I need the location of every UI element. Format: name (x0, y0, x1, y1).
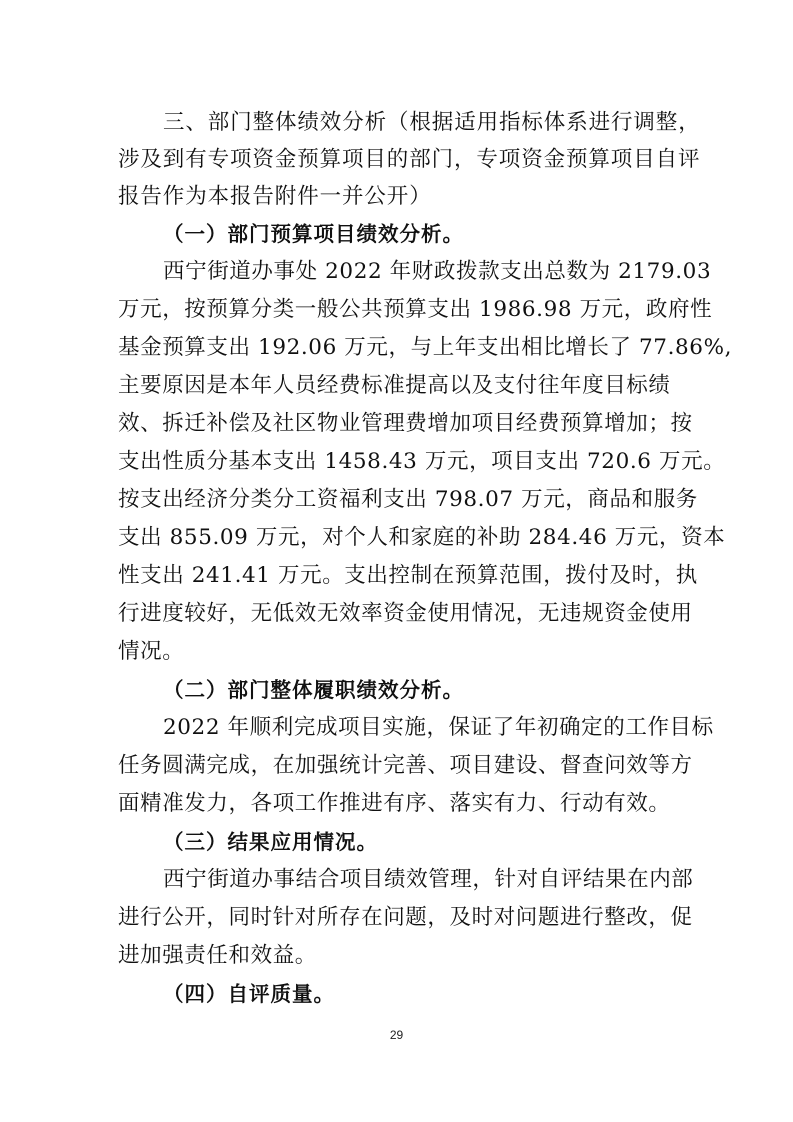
paragraph-line: 面精准发力，各项工作推进有序、落实有力、行动有效。 (118, 785, 678, 823)
paragraph-line: 西宁街道办事结合项目绩效管理，针对自评结果在内部 (118, 861, 678, 899)
subsection-overall-duty-performance: （二）部门整体履职绩效分析。 2022 年顺利完成项目实施，保证了年初确定的工作… (118, 671, 678, 823)
paragraph-line: 情况。 (118, 633, 678, 671)
subsection-heading: （一）部门预算项目绩效分析。 (118, 215, 678, 253)
paragraph-line: 任务圆满完成，在加强统计完善、项目建设、督查问效等方 (118, 747, 678, 785)
subsection-heading: （二）部门整体履职绩效分析。 (118, 671, 678, 709)
paragraph-line: 2022 年顺利完成项目实施，保证了年初确定的工作目标 (118, 709, 678, 747)
paragraph-line: 进行公开，同时针对所存在问题，及时对问题进行整改，促 (118, 899, 678, 937)
paragraph-line: 支出性质分基本支出 1458.43 万元，项目支出 720.6 万元。 (118, 443, 678, 481)
subsection-heading: （三）结果应用情况。 (118, 823, 678, 861)
subsection-budget-project-performance: （一）部门预算项目绩效分析。 西宁街道办事处 2022 年财政拨款支出总数为 2… (118, 215, 678, 671)
subsection-self-evaluation-quality: （四）自评质量。 (118, 975, 678, 1013)
paragraph-line: 主要原因是本年人员经费标准提高以及支付往年度目标绩 (118, 367, 678, 405)
paragraph-line: 万元，按预算分类一般公共预算支出 1986.98 万元，政府性 (118, 291, 678, 329)
paragraph-line: 基金预算支出 192.06 万元，与上年支出相比增长了 77.86%, (118, 329, 678, 367)
paragraph-line: 进加强责任和效益。 (118, 937, 678, 975)
paragraph: 2022 年顺利完成项目实施，保证了年初确定的工作目标 任务圆满完成，在加强统计… (118, 709, 678, 823)
paragraph-line: 西宁街道办事处 2022 年财政拨款支出总数为 2179.03 (118, 253, 678, 291)
page-content: 三、部门整体绩效分析（根据适用指标体系进行调整， 涉及到有专项资金预算项目的部门… (118, 104, 678, 1013)
section-heading-line: 三、部门整体绩效分析（根据适用指标体系进行调整， (118, 104, 678, 141)
paragraph-line: 按支出经济分类分工资福利支出 798.07 万元，商品和服务 (118, 481, 678, 519)
paragraph-line: 性支出 241.41 万元。支出控制在预算范围，拨付及时，执 (118, 557, 678, 595)
section-heading-line: 涉及到有专项资金预算项目的部门，专项资金预算项目自评 (118, 141, 678, 178)
page-number: 29 (0, 1028, 793, 1042)
section-heading-line: 报告作为本报告附件一并公开） (118, 178, 678, 215)
paragraph: 西宁街道办事结合项目绩效管理，针对自评结果在内部 进行公开，同时针对所存在问题，… (118, 861, 678, 975)
paragraph-line: 效、拆迁补偿及社区物业管理费增加项目经费预算增加；按 (118, 405, 678, 443)
subsection-heading: （四）自评质量。 (118, 975, 678, 1013)
paragraph-line: 行进度较好，无低效无效率资金使用情况，无违规资金使用 (118, 595, 678, 633)
subsection-result-application: （三）结果应用情况。 西宁街道办事结合项目绩效管理，针对自评结果在内部 进行公开… (118, 823, 678, 975)
paragraph-line: 支出 855.09 万元，对个人和家庭的补助 284.46 万元，资本 (118, 519, 678, 557)
section-heading: 三、部门整体绩效分析（根据适用指标体系进行调整， 涉及到有专项资金预算项目的部门… (118, 104, 678, 215)
document-page: 三、部门整体绩效分析（根据适用指标体系进行调整， 涉及到有专项资金预算项目的部门… (0, 0, 793, 1122)
paragraph: 西宁街道办事处 2022 年财政拨款支出总数为 2179.03 万元，按预算分类… (118, 253, 678, 671)
